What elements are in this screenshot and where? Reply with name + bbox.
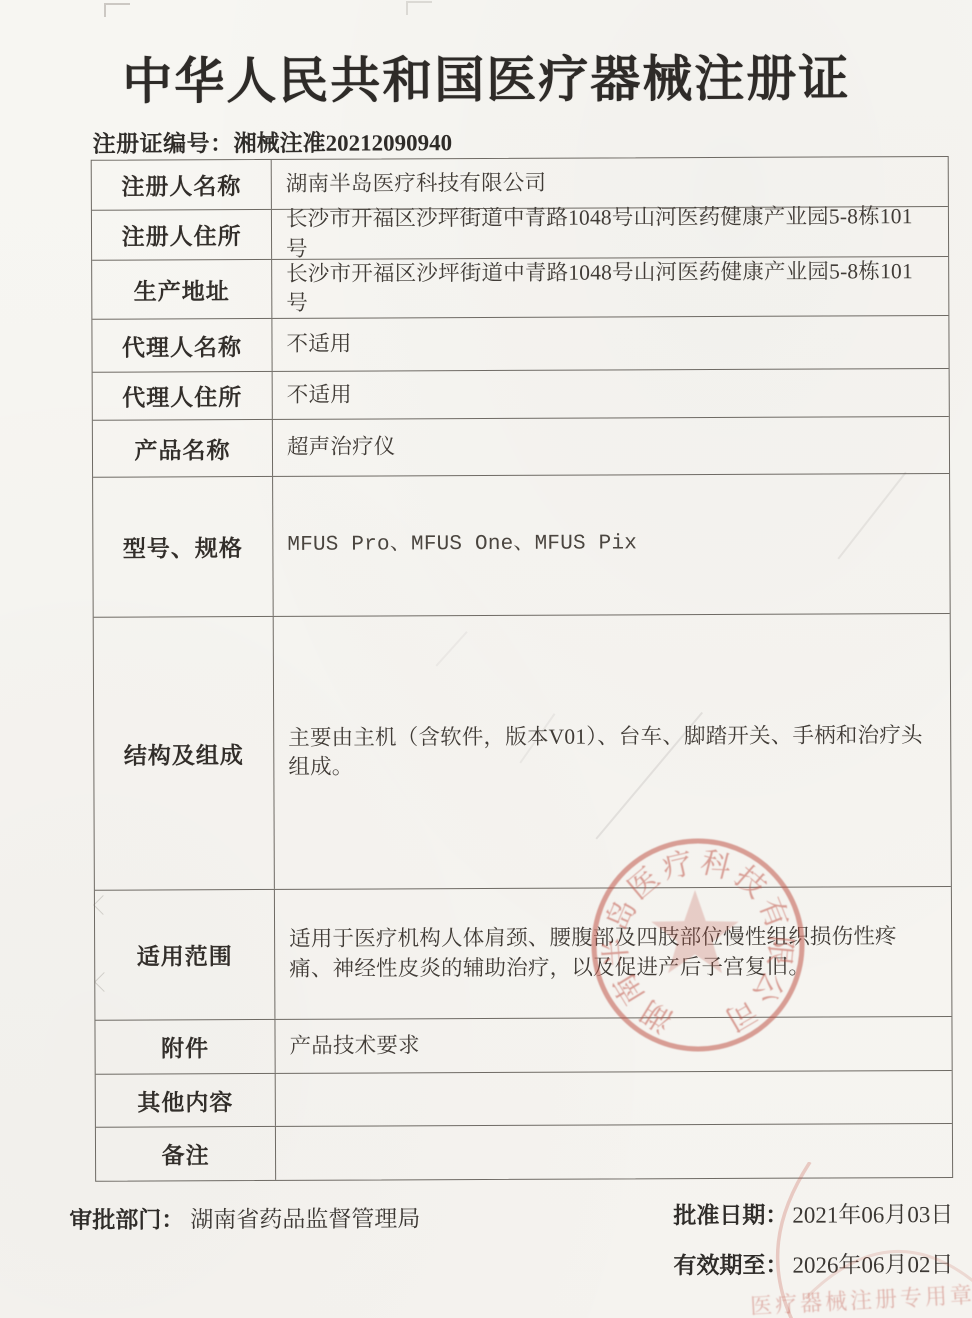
valid-until-label: 有效期至：: [673, 1253, 788, 1279]
table-row: 代理人住所 不适用: [93, 369, 949, 421]
row-label: 适用范围: [95, 890, 276, 1020]
certificate-body: 中华人民共和国医疗器械注册证 注册证编号：湘械注准20212090940 注册人…: [0, 0, 972, 2]
table-row: 结构及组成 主要由主机（含软件，版本V01）、台车、脚踏开关、手柄和治疗头组成。: [94, 614, 951, 891]
certificate-page: 中华人民共和国医疗器械注册证 注册证编号：湘械注准20212090940 注册人…: [0, 0, 972, 1318]
row-value: 长沙市开福区沙坪街道中青路1048号山河医药健康产业园5-8栋101号: [272, 207, 948, 259]
table-row: 产品名称 超声治疗仪: [93, 417, 949, 478]
row-label: 代理人名称: [92, 319, 272, 372]
row-value: [276, 1124, 952, 1180]
approval-date-value: 2021年06月03日: [792, 1202, 953, 1228]
table-row: 注册人住所 长沙市开福区沙坪街道中青路1048号山河医药健康产业园5-8栋101…: [92, 207, 948, 261]
scan-artifact-corner-mark: [406, 1, 432, 15]
valid-until-line: 有效期至：2026年06月02日: [673, 1246, 953, 1280]
table-row: 附件 产品技术要求: [95, 1017, 951, 1075]
approval-department-line: 审批部门：湖南省药品监督管理局: [69, 1200, 420, 1235]
row-label: 产品名称: [93, 420, 273, 477]
valid-until-value: 2026年06月02日: [792, 1252, 953, 1278]
row-label: 注册人名称: [92, 160, 272, 210]
row-value: 湖南半岛医疗科技有限公司: [272, 157, 948, 209]
approval-date-line: 批准日期：2021年06月03日: [673, 1196, 953, 1230]
table-row: 适用范围 适用于医疗机构人体肩颈、腰腹部及四肢部位慢性组织损伤性疼痛、神经性皮炎…: [95, 887, 952, 1021]
row-label: 生产地址: [92, 260, 272, 319]
row-label: 其他内容: [96, 1074, 276, 1127]
certificate-number-value: 湘械注准20212090940: [234, 130, 453, 156]
row-label: 结构及组成: [94, 617, 275, 890]
row-label: 代理人住所: [93, 372, 273, 420]
table-row: 其他内容: [96, 1071, 952, 1128]
page-title: 中华人民共和国医疗器械注册证: [0, 38, 972, 114]
row-label: 注册人住所: [92, 210, 272, 260]
row-label: 型号、规格: [93, 477, 274, 617]
approval-department-value: 湖南省药品监督管理局: [190, 1206, 420, 1232]
table-row: 备注: [96, 1124, 952, 1181]
row-value: 长沙市开福区沙坪街道中青路1048号山河医药健康产业园5-8栋101号: [272, 257, 948, 318]
scan-artifact-corner-mark: [104, 3, 130, 17]
row-label: 备注: [96, 1127, 276, 1181]
approval-department-label: 审批部门：: [69, 1207, 184, 1233]
row-value: 产品技术要求: [275, 1017, 951, 1073]
row-value: 主要由主机（含软件，版本V01）、台车、脚踏开关、手柄和治疗头组成。: [274, 614, 951, 889]
row-label: 附件: [95, 1020, 275, 1074]
table-row: 代理人名称 不适用: [92, 316, 948, 373]
row-value: 适用于医疗机构人体肩颈、腰腹部及四肢部位慢性组织损伤性疼痛、神经性皮炎的辅助治疗…: [275, 887, 952, 1019]
table-row: 生产地址 长沙市开福区沙坪街道中青路1048号山河医药健康产业园5-8栋101号: [92, 257, 948, 320]
approval-date-label: 批准日期：: [673, 1203, 788, 1229]
row-value: 不适用: [272, 316, 948, 371]
row-value: [276, 1071, 952, 1126]
certificate-number-line: 注册证编号：湘械注准20212090940: [93, 124, 453, 159]
certificate-table: 注册人名称 湖南半岛医疗科技有限公司 注册人住所 长沙市开福区沙坪街道中青路10…: [91, 156, 953, 1182]
table-row: 型号、规格 MFUS Pro、MFUS One、MFUS Pix: [93, 474, 950, 618]
row-value: 超声治疗仪: [273, 417, 949, 476]
certificate-number-label: 注册证编号：: [93, 131, 234, 157]
row-value: 不适用: [273, 369, 949, 419]
